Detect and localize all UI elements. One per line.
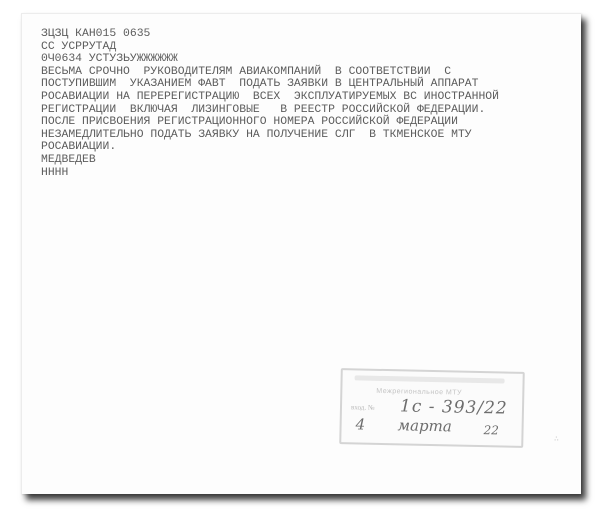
body-line-4: РЕГИСТРАЦИИ ВКЛЮЧАЯ ЛИЗИНГОВЫЕ В РЕЕСТР …	[41, 104, 499, 117]
header-line-address: 0Ч0634 УСТУЗЬУЖЖЖЖЖЖ	[41, 53, 499, 66]
signature: МЕДВЕДЕВ	[41, 154, 499, 167]
body-line-1: ВЕСЬМА СРОЧНО РУКОВОДИТЕЛЯМ АВИАКОМПАНИЙ…	[41, 66, 499, 79]
end-marker: НННН	[41, 167, 499, 180]
body-line-2: ПОСТУПИВШИМ УКАЗАНИЕМ ФАВТ ПОДАТЬ ЗАЯВКИ…	[41, 78, 499, 91]
registration-stamp: Межрегиональное МТУ вход. № 1с - 393/22 …	[339, 368, 525, 448]
stamp-header-bar	[355, 375, 505, 383]
stamp-year: 22	[483, 423, 499, 437]
body-line-5: ПОСЛЕ ПРИСВОЕНИЯ РЕГИСТРАЦИОННОГО НОМЕРА…	[41, 116, 499, 129]
stamp-organization: Межрегиональное МТУ	[376, 388, 462, 397]
body-line-3: РОСАВИАЦИИ НА ПЕРЕРЕГИСТРАЦИЮ ВСЕХ ЭКСПЛ…	[41, 91, 499, 104]
stamp-day: 4	[355, 415, 365, 433]
stamp-incoming-label: вход. №	[351, 403, 375, 411]
stamp-registration-number: 1с - 393/22	[400, 396, 508, 418]
body-line-6: НЕЗАМЕДЛИТЕЛЬНО ПОДАТЬ ЗАЯВКУ НА ПОЛУЧЕН…	[41, 129, 499, 142]
stamp-month: марта	[397, 416, 452, 435]
telegram-page: ЗЦЗЦ КАН015 0635СС УСРРУТАД0Ч0634 УСТУЗЬ…	[21, 13, 581, 494]
header-line-routing: ЗЦЗЦ КАН015 0635	[41, 28, 499, 41]
scan-smudge: ∴	[554, 434, 559, 443]
body-line-7: РОСАВИАЦИИ.	[41, 141, 499, 154]
header-line-priority: СС УСРРУТАД	[41, 41, 499, 54]
telegram-text: ЗЦЗЦ КАН015 0635СС УСРРУТАД0Ч0634 УСТУЗЬ…	[41, 28, 499, 179]
